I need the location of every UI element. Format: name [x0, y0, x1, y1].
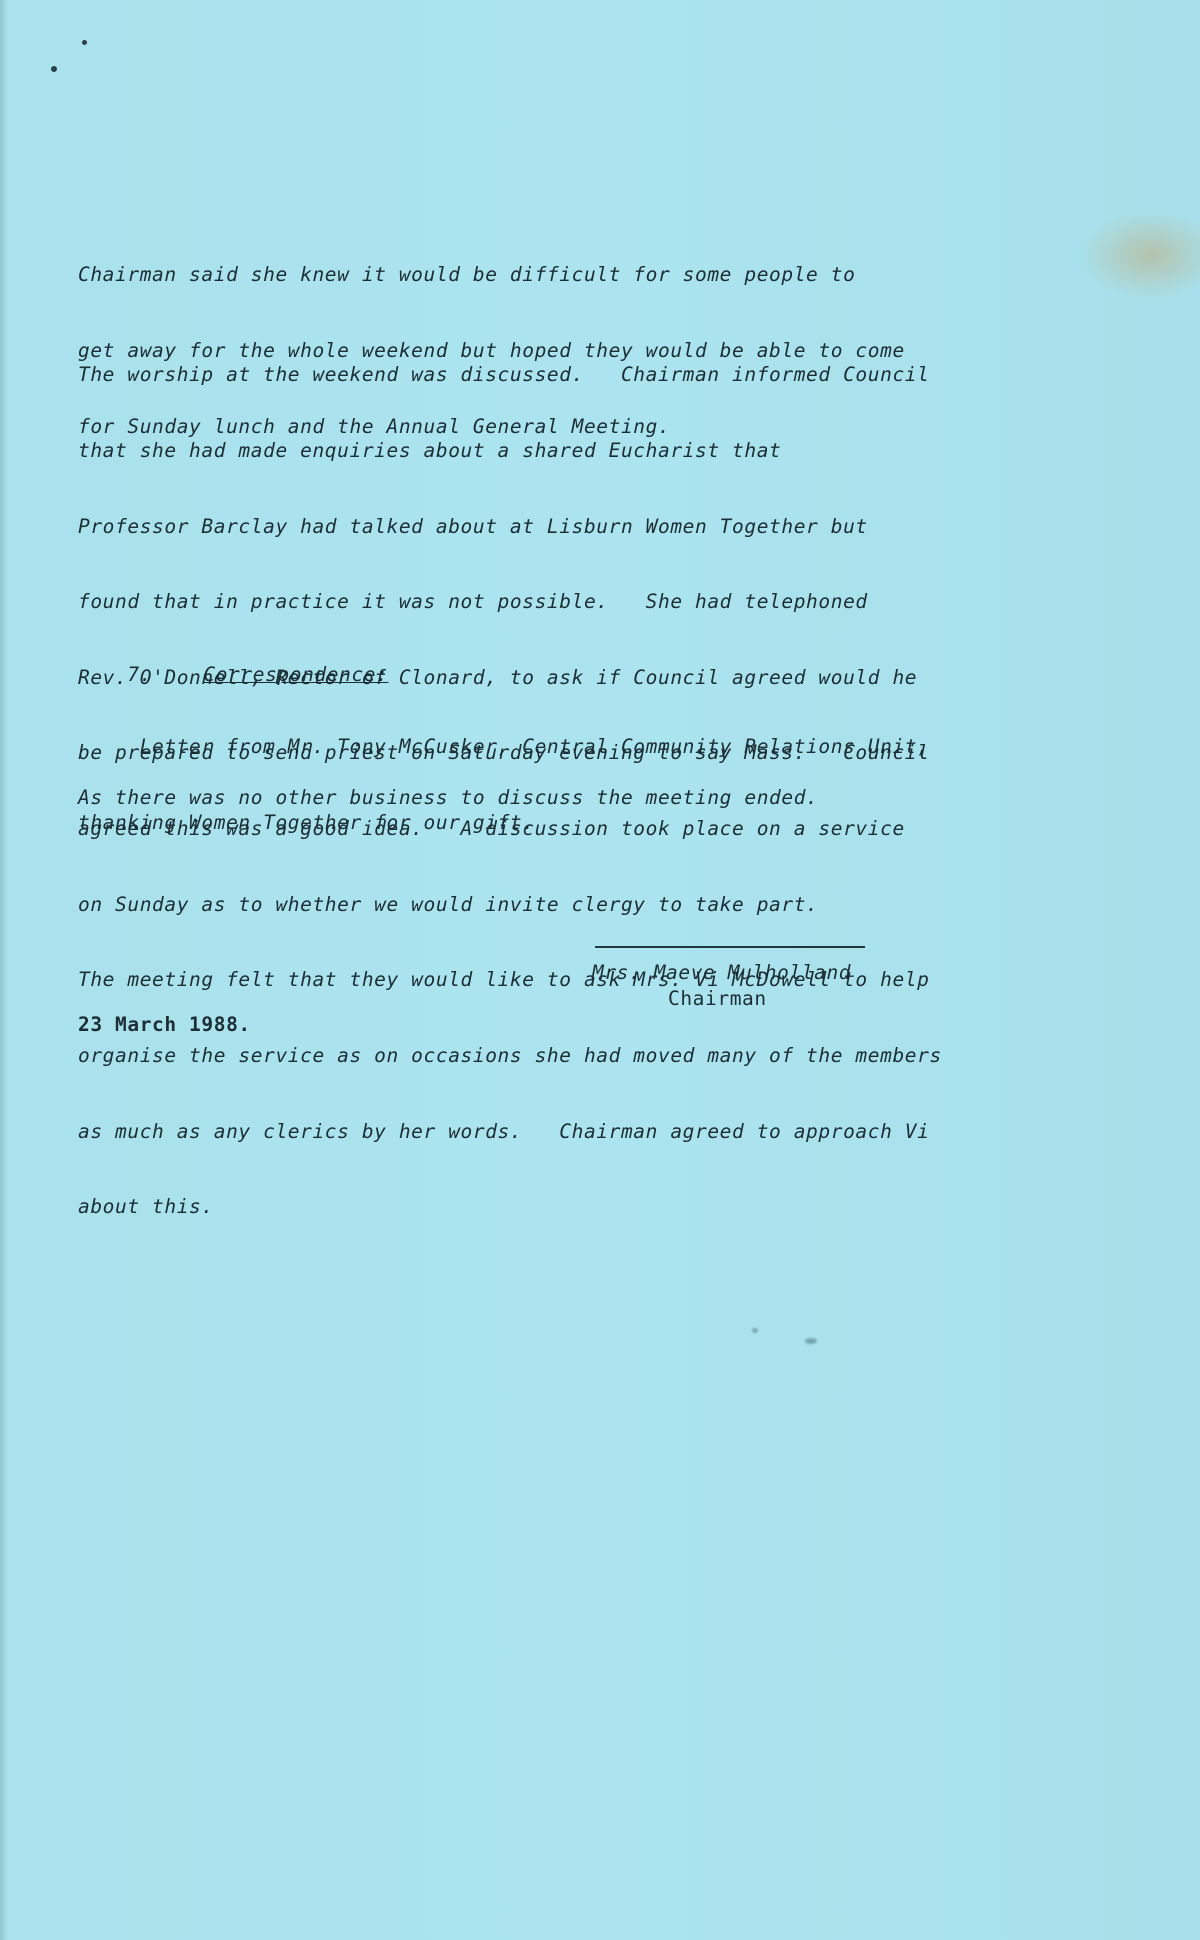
text-line: that she had made enquiries about a shar…	[78, 438, 942, 463]
document-page: Chairman said she knew it would be diffi…	[0, 0, 1200, 1940]
text-line: thanking Women Together for our gift.	[78, 810, 929, 835]
text-line: Letter from Mr. Tony McCusker, Central C…	[78, 734, 929, 759]
text-line: found that in practice it was not possib…	[78, 589, 942, 614]
text-line: about this.	[78, 1194, 942, 1219]
paper-smudge	[805, 1338, 817, 1344]
paper-smudge	[752, 1328, 758, 1333]
signatory-title: Chairman	[668, 986, 767, 1011]
text-line: organise the service as on occasions she…	[78, 1043, 942, 1068]
paper-speck	[51, 66, 57, 72]
signature-line	[595, 946, 865, 948]
closing-statement: As there was no other business to discus…	[78, 785, 818, 810]
paper-speck	[82, 40, 87, 45]
text-line: The worship at the weekend was discussed…	[78, 362, 942, 387]
section-title: Correspondence:	[203, 663, 388, 686]
document-date: 23 March 1988.	[78, 1012, 251, 1037]
text-line: Chairman said she knew it would be diffi…	[78, 262, 905, 287]
text-line: on Sunday as to whether we would invite …	[78, 892, 942, 917]
text-line: as much as any clerics by her words. Cha…	[78, 1119, 942, 1144]
text-line: Professor Barclay had talked about at Li…	[78, 514, 942, 539]
signatory-name: Mrs. Maeve Mulholland	[592, 960, 851, 985]
